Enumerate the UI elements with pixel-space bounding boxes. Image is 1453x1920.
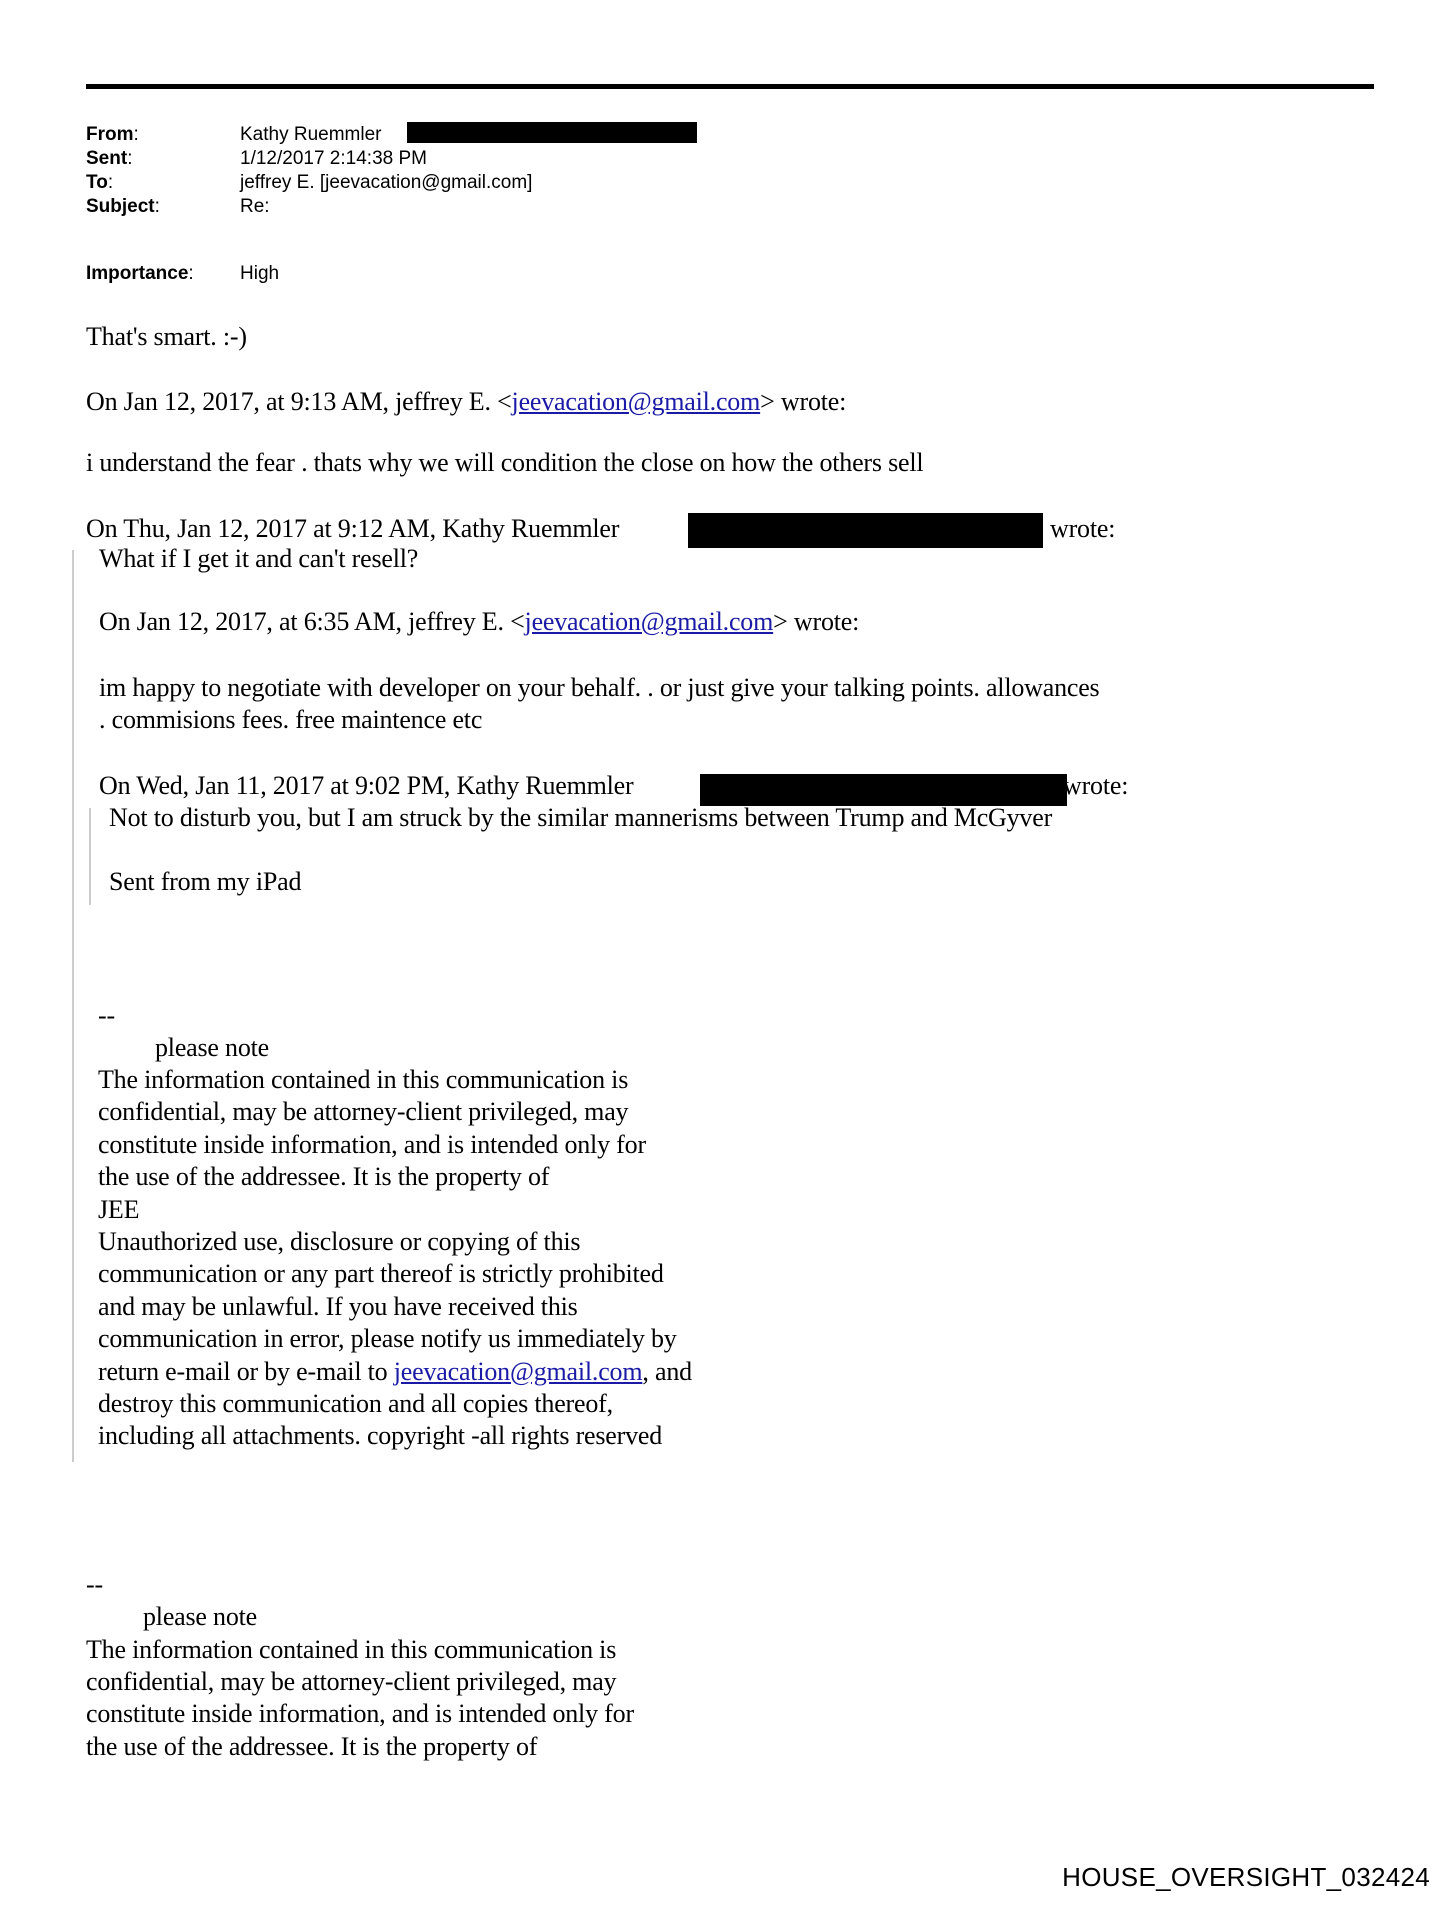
disclaimer-line: JEE [98, 1194, 139, 1226]
disclaimer-title: please note [155, 1032, 269, 1064]
quote2-text: What if I get it and can't resell? [99, 543, 418, 575]
disclaimer-line: the use of the addressee. It is the prop… [98, 1161, 549, 1193]
bates-number: HOUSE_OVERSIGHT_032424 [1062, 1862, 1430, 1893]
disclaimer-line: confidential, may be attorney-client pri… [86, 1666, 616, 1698]
subject-label: Subject: [86, 195, 160, 219]
disclaimer-title: please note [143, 1601, 257, 1633]
from-label: From: [86, 123, 139, 147]
sent-value: 1/12/2017 2:14:38 PM [240, 147, 427, 171]
sent-label: Sent: [86, 147, 132, 171]
disclaimer-text: return e-mail or by e-mail to [98, 1357, 394, 1386]
quote4-signature: Sent from my iPad [109, 866, 301, 898]
to-label: To: [86, 171, 113, 195]
disclaimer-line: including all attachments. copyright -al… [98, 1420, 662, 1452]
disclaimer-line: The information contained in this commun… [98, 1064, 628, 1096]
quote4-attribution-suffix: wrote: [1063, 770, 1128, 802]
quote1-attribution: On Jan 12, 2017, at 9:13 AM, jeffrey E. … [86, 386, 846, 418]
attribution-text: On Wed, Jan 11, 2017 at 9:02 PM, Kathy R… [99, 771, 633, 800]
attribution-suffix: > wrote: [773, 607, 859, 636]
disclaimer-line: communication in error, please notify us… [98, 1323, 677, 1355]
disclaimer-line: confidential, may be attorney-client pri… [98, 1096, 628, 1128]
signature-separator: -- [98, 1000, 115, 1032]
disclaimer-line: constitute inside information, and is in… [98, 1129, 646, 1161]
email-link[interactable]: jeevacation@gmail.com [394, 1357, 643, 1386]
quote4-attribution: On Wed, Jan 11, 2017 at 9:02 PM, Kathy R… [99, 770, 633, 802]
quote-bar-inner [89, 808, 91, 905]
disclaimer-line: The information contained in this commun… [86, 1634, 616, 1666]
signature-separator: -- [86, 1569, 103, 1601]
from-value: Kathy Ruemmler [240, 123, 382, 147]
disclaimer-line: and may be unlawful. If you have receive… [98, 1291, 578, 1323]
attribution-text: On Thu, Jan 12, 2017 at 9:12 AM, Kathy R… [86, 514, 619, 543]
quote3-text-line2: . commisions fees. free maintence etc [99, 704, 482, 736]
disclaimer-line: communication or any part thereof is str… [98, 1258, 664, 1290]
attribution-text: On Jan 12, 2017, at 6:35 AM, jeffrey E. … [99, 607, 525, 636]
quote2-attribution-suffix: wrote: [1050, 513, 1115, 545]
importance-value: High [240, 262, 279, 286]
disclaimer-text: , and [642, 1357, 692, 1386]
disclaimer-email-line: return e-mail or by e-mail to jeevacatio… [98, 1356, 692, 1388]
to-value: jeffrey E. [jeevacation@gmail.com] [240, 171, 532, 195]
disclaimer-line: destroy this communication and all copie… [98, 1388, 613, 1420]
quote3-attribution: On Jan 12, 2017, at 6:35 AM, jeffrey E. … [99, 606, 859, 638]
attribution-text: On Jan 12, 2017, at 9:13 AM, jeffrey E. … [86, 387, 512, 416]
quote4-text: Not to disturb you, but I am struck by t… [109, 802, 1052, 834]
email-document-page: From: Kathy Ruemmler Sent: 1/12/2017 2:1… [0, 0, 1453, 1920]
subject-value: Re: [240, 195, 270, 219]
quote1-text: i understand the fear . thats why we wil… [86, 447, 923, 479]
email-link[interactable]: jeevacation@gmail.com [525, 607, 774, 636]
quote-bar-outer [72, 550, 74, 1462]
disclaimer-line: constitute inside information, and is in… [86, 1698, 634, 1730]
email-link[interactable]: jeevacation@gmail.com [512, 387, 761, 416]
redaction-box [407, 122, 697, 143]
header-rule [86, 84, 1374, 89]
quote2-attribution: On Thu, Jan 12, 2017 at 9:12 AM, Kathy R… [86, 513, 619, 545]
disclaimer-line: Unauthorized use, disclosure or copying … [98, 1226, 580, 1258]
quote3-text-line1: im happy to negotiate with developer on … [99, 672, 1099, 704]
redaction-box [688, 513, 1043, 548]
reply-text: That's smart. :-) [86, 321, 247, 353]
importance-label: Importance: [86, 262, 194, 286]
attribution-suffix: > wrote: [760, 387, 846, 416]
disclaimer-line: the use of the addressee. It is the prop… [86, 1731, 537, 1763]
